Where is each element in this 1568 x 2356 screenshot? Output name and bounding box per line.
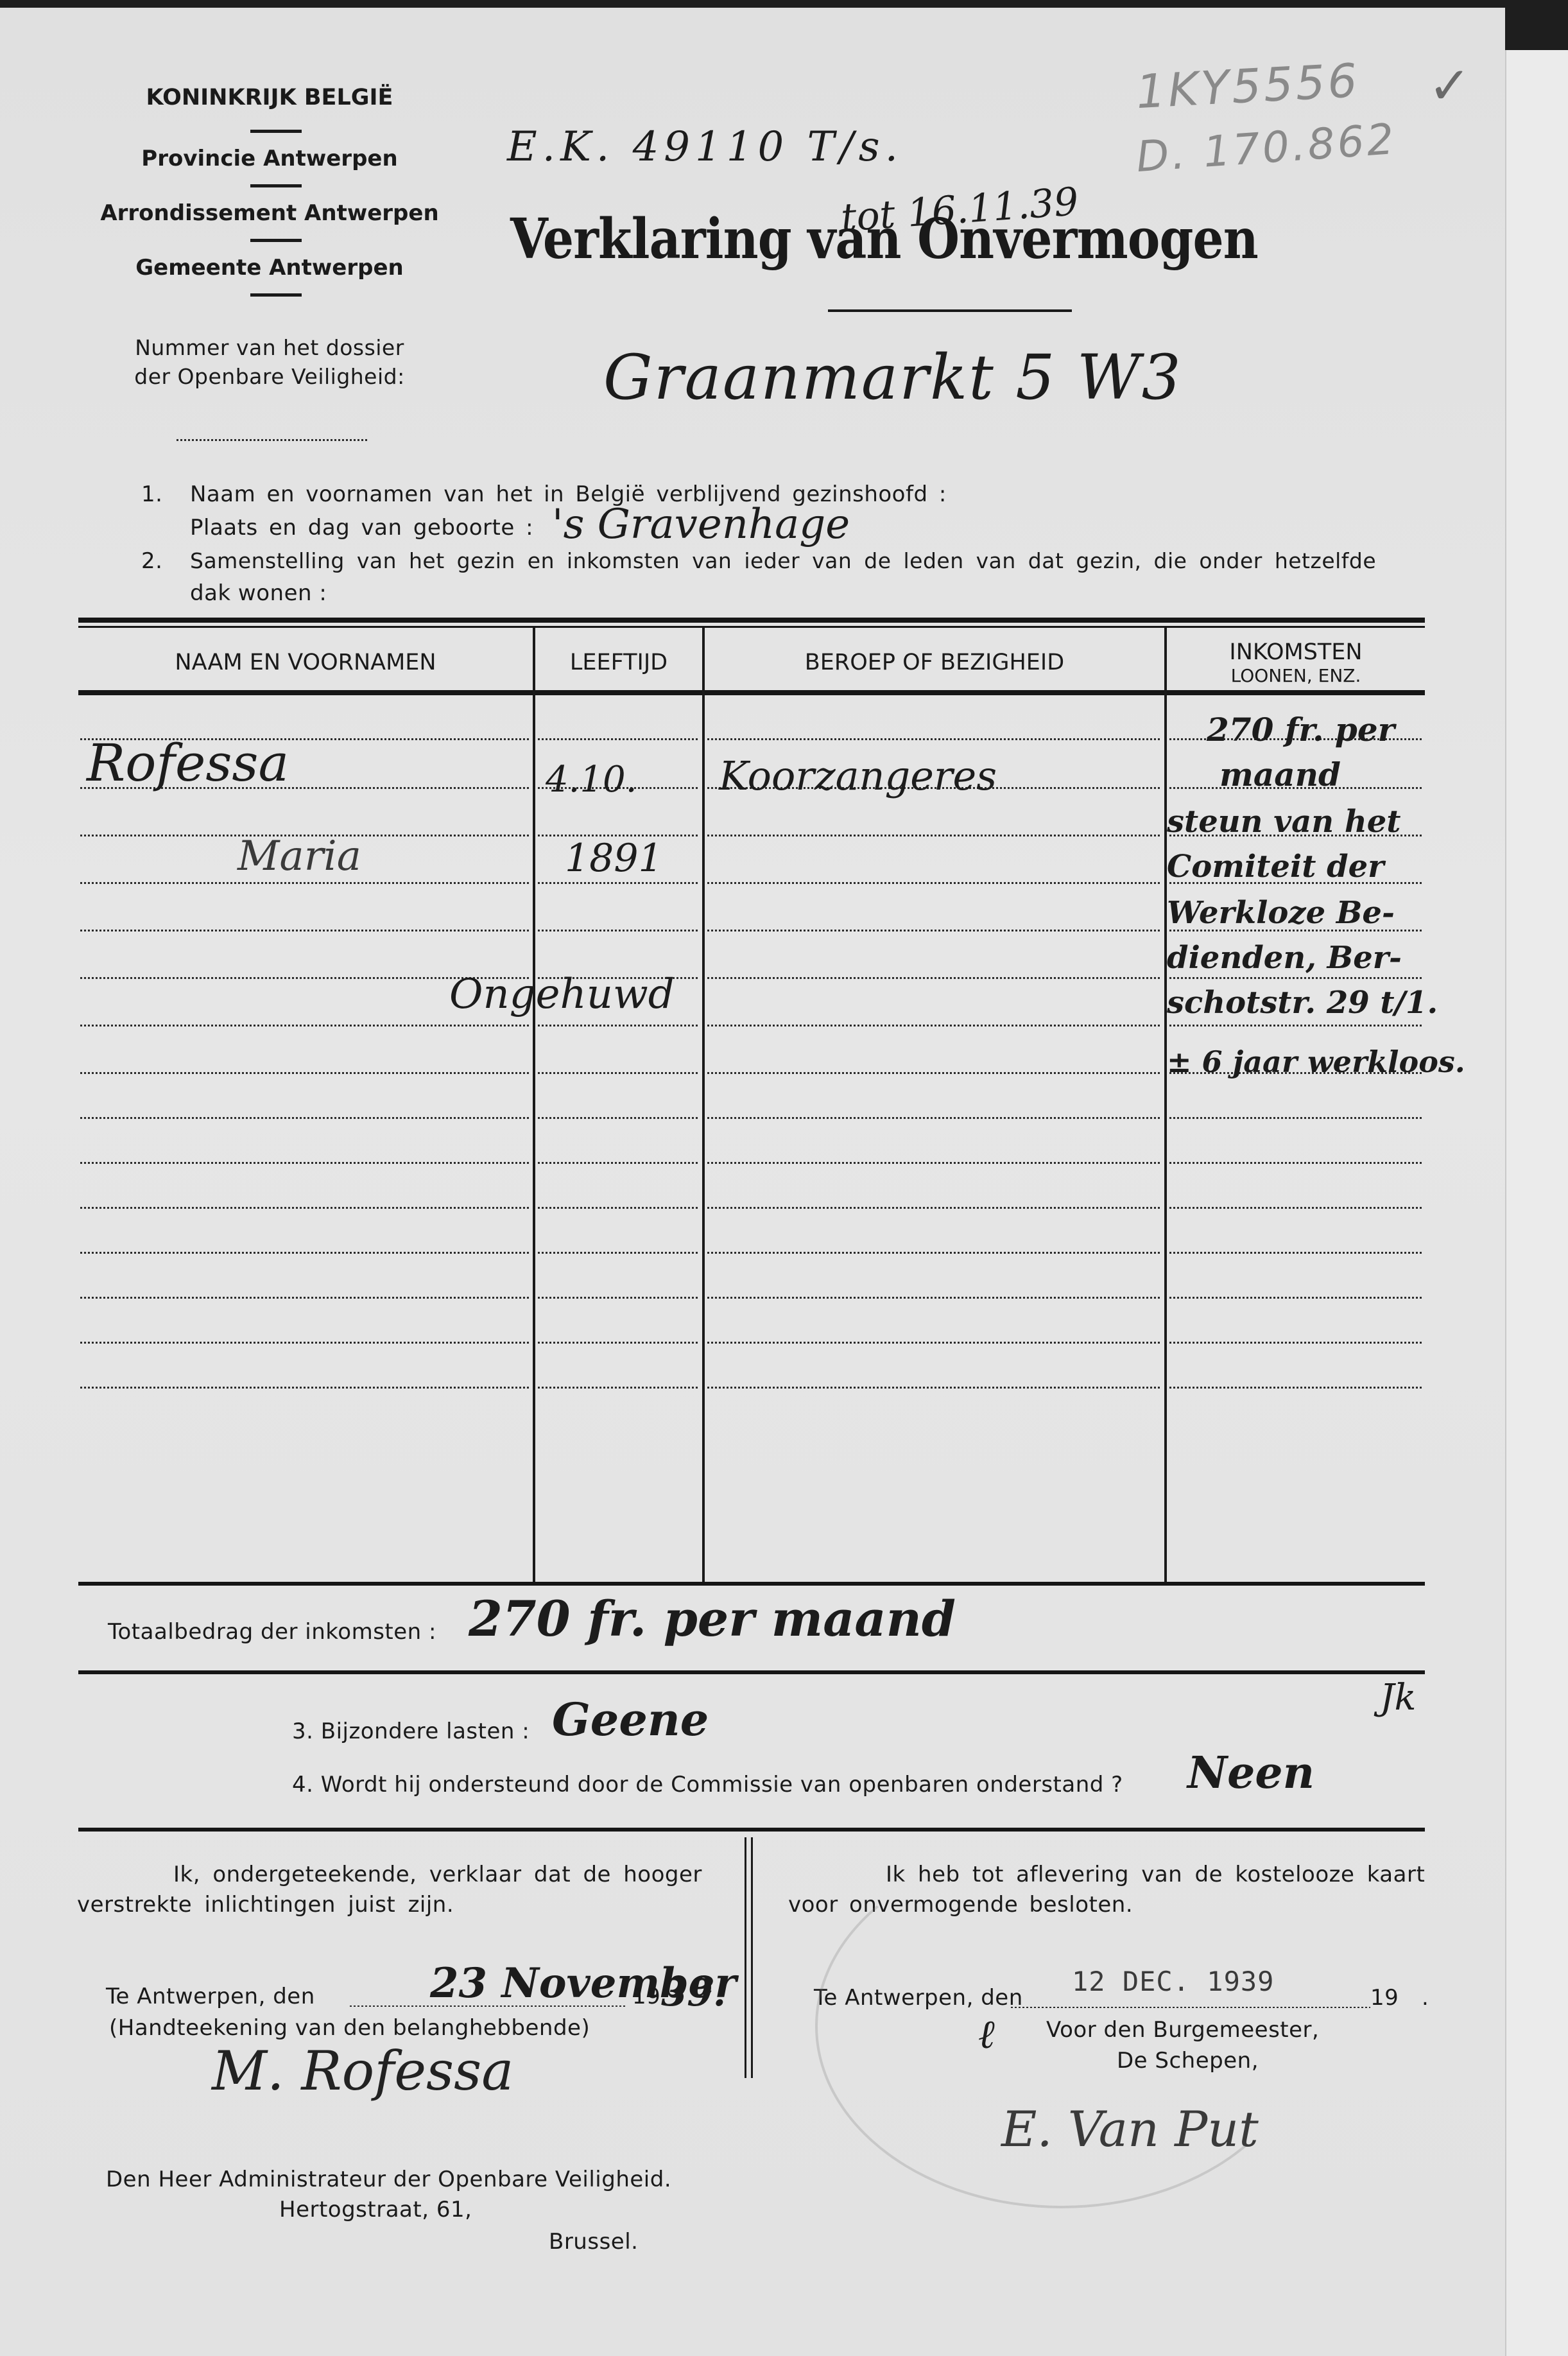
ruled-line — [1169, 1207, 1424, 1209]
reference-number: E.K. 49110 T/s. — [507, 123, 903, 171]
period: . — [1422, 1985, 1429, 2011]
table-top-rule — [78, 618, 1425, 623]
ruled-line — [1169, 1117, 1424, 1119]
section-rule — [78, 1828, 1425, 1832]
cell-inkomsten: Comiteit der — [1167, 849, 1384, 885]
column-divider — [702, 628, 705, 1584]
ruled-line — [707, 1162, 1162, 1164]
year-suffix: 19 — [1370, 1985, 1399, 2011]
header-divider — [250, 239, 302, 242]
ruled-line — [538, 1072, 700, 1074]
ruled-line — [80, 1072, 530, 1074]
ruled-line — [707, 1117, 1162, 1119]
ruled-line — [538, 1117, 700, 1119]
ruled-line — [707, 1072, 1162, 1074]
header-divider — [250, 184, 302, 187]
declaration-text-1: Ik, ondergeteekende, verklaar dat de hoo… — [173, 1862, 702, 1887]
ruled-line — [1169, 977, 1424, 979]
ruled-line — [707, 1342, 1162, 1344]
table-header-rule — [78, 690, 1425, 695]
ruled-line — [538, 1297, 700, 1299]
year-prefix: 19 — [632, 1984, 660, 2009]
ruled-line — [538, 882, 700, 884]
cell-inkomsten: schotstr. 29 t/1. — [1167, 985, 1438, 1021]
q3-label: 3. Bijzondere lasten : — [292, 1719, 530, 1744]
q4-label: 4. Wordt hij ondersteund door de Commiss… — [292, 1772, 1123, 1797]
ruled-line — [707, 930, 1162, 931]
cell-naam: Maria — [237, 833, 361, 880]
recipient-line-1: Den Heer Administrateur der Openbare Vei… — [106, 2167, 671, 2192]
ruled-line — [707, 835, 1162, 836]
ruled-line — [707, 1025, 1162, 1026]
q1-number: 1. — [141, 481, 162, 507]
scan-border-top — [0, 0, 1568, 8]
table-top-rule-thin — [78, 626, 1425, 628]
ruled-line — [707, 977, 1162, 979]
header-province: Provincie Antwerpen — [77, 146, 462, 171]
header-kingdom: KONINKRIJK BELGIË — [77, 85, 462, 110]
document-page: KONINKRIJK BELGIË Provincie Antwerpen Ar… — [0, 8, 1505, 2356]
recipient-line-2: Hertogstraat, 61, — [279, 2197, 472, 2222]
q2-label: Samenstelling van het gezin en inkomsten… — [190, 548, 1376, 573]
dossier-number-field — [177, 439, 369, 441]
total-income-value: 270 fr. per maand — [469, 1590, 956, 1647]
cell-leeftijd: 4.10. — [546, 759, 637, 801]
totals-rule — [78, 1670, 1425, 1674]
column-header-loonen: LOONEN, ENZ. — [1167, 665, 1425, 686]
title-underline — [828, 309, 1072, 312]
ruled-line — [80, 882, 530, 884]
cell-inkomsten: steun van het — [1167, 804, 1400, 840]
column-header-naam: NAAM EN VOORNAMEN — [78, 650, 533, 675]
column-divider — [1164, 628, 1167, 1584]
q4-value: Neen — [1187, 1747, 1314, 1799]
ruled-line — [538, 1387, 700, 1389]
ruled-line — [80, 1342, 530, 1344]
ruled-line — [538, 738, 700, 740]
ruled-line — [80, 1162, 530, 1164]
paper-edge-strip — [1505, 50, 1568, 2356]
declaration-text-2: verstrekte inlichtingen juist zijn. — [77, 1892, 454, 1918]
ruled-line — [80, 1207, 530, 1209]
date-place-label: Te Antwerpen, den — [106, 1984, 315, 2009]
signature-label: (Handteekening van den belanghebbende) — [109, 2015, 590, 2041]
cell-inkomsten: maand — [1219, 756, 1341, 793]
ruled-line — [538, 930, 700, 931]
page-title: Verklaring van Onvermogen — [510, 207, 1258, 272]
cell-inkomsten: dienden, Ber- — [1167, 940, 1402, 976]
ruled-line — [80, 1297, 530, 1299]
cell-inkomsten: ± 6 jaar werkloos. — [1167, 1044, 1465, 1079]
cell-inkomsten: Werkloze Be- — [1167, 895, 1395, 931]
year-value: 39. — [661, 1971, 726, 2014]
birthplace-value: 's Gravenhage — [552, 501, 850, 548]
column-header-inkomsten: INKOMSTEN — [1167, 639, 1425, 665]
header-divider — [250, 293, 302, 297]
ruled-line — [707, 1207, 1162, 1209]
ruled-line — [538, 1207, 700, 1209]
q1b-label: Plaats en dag van geboorte : — [190, 515, 533, 541]
pencil-reference-2: D. 170.862 — [1135, 114, 1398, 182]
column-divider — [533, 628, 535, 1584]
ruled-line — [538, 1342, 700, 1344]
header-arrondissement: Arrondissement Antwerpen — [77, 200, 462, 226]
recipient-line-3: Brussel. — [549, 2229, 638, 2255]
total-income-label: Totaalbedrag der inkomsten : — [108, 1619, 436, 1645]
scan-corner — [1505, 0, 1568, 50]
ruled-line — [707, 1297, 1162, 1299]
ruled-line — [707, 738, 1162, 740]
q2-label-cont: dak wonen : — [190, 580, 327, 606]
ruled-line — [707, 882, 1162, 884]
check-mark-icon: ✓ — [1428, 56, 1471, 116]
signature-divider — [751, 1837, 753, 2078]
signature-divider — [745, 1837, 746, 2078]
header-municipality: Gemeente Antwerpen — [77, 255, 462, 281]
dossier-label-2: der Openbare Veiligheid: — [116, 364, 424, 389]
q2-number: 2. — [141, 548, 162, 574]
ruled-line — [707, 1387, 1162, 1389]
ruled-line — [538, 1025, 700, 1026]
table-bottom-rule — [78, 1582, 1425, 1586]
ruled-line — [1169, 1297, 1424, 1299]
ruled-line — [538, 1162, 700, 1164]
ruled-line — [538, 1252, 700, 1254]
header-divider — [250, 130, 302, 133]
cell-beroep: Koorzangeres — [719, 752, 997, 799]
ruled-line — [1169, 1162, 1424, 1164]
ruled-line — [1169, 1342, 1424, 1344]
applicant-signature: M. Rofessa — [212, 2040, 513, 2102]
cell-inkomsten: 270 fr. per — [1207, 711, 1395, 749]
cell-leeftijd: 1891 — [565, 836, 663, 881]
column-header-leeftijd: LEEFTIJD — [535, 650, 702, 675]
ruled-line — [80, 1025, 530, 1026]
q3-value: Geene — [552, 1693, 709, 1746]
initials-mark: Jk — [1380, 1677, 1416, 1719]
ruled-line — [1169, 1025, 1424, 1026]
ruled-line — [1169, 1387, 1424, 1389]
handwritten-address: Graanmarkt 5 W3 — [603, 342, 1182, 413]
dossier-label-1: Nummer van het dossier — [116, 335, 424, 360]
ruled-line — [707, 1252, 1162, 1254]
stamp-ring-mark — [815, 1844, 1308, 2208]
pencil-reference-1: 1KY5556 — [1135, 53, 1361, 119]
ruled-line — [80, 1117, 530, 1119]
cell-beroep-status: Ongehuwd — [449, 971, 675, 1018]
column-header-beroep: BEROEP OF BEZIGHEID — [705, 650, 1164, 675]
ruled-line — [80, 1252, 530, 1254]
cell-naam: Rofessa — [87, 733, 289, 793]
ruled-line — [80, 1387, 530, 1389]
ruled-line — [80, 930, 530, 931]
ruled-line — [1169, 1252, 1424, 1254]
